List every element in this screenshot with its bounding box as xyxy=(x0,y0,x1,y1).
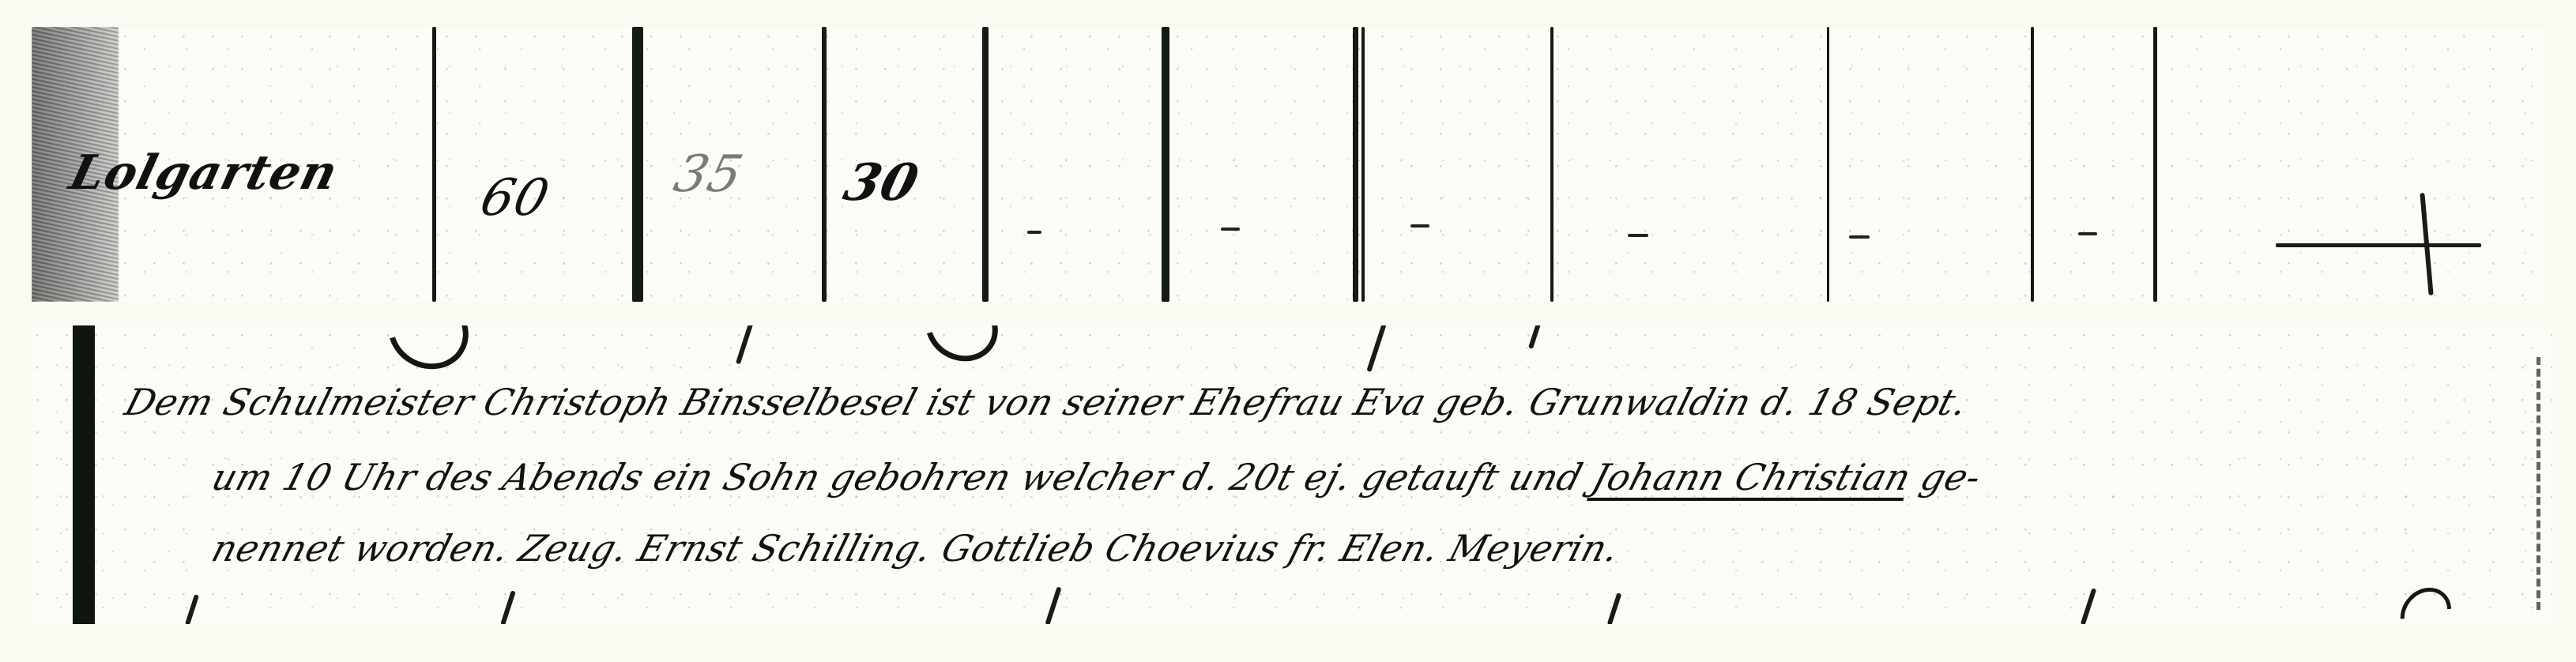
column-rule xyxy=(2031,27,2034,302)
ink-fragment xyxy=(1045,586,1061,624)
column-rule xyxy=(982,27,989,302)
column-rule xyxy=(2153,27,2157,302)
ink-fragment xyxy=(185,594,199,624)
entry-line-2: um 10 Uhr des Abends ein Sohn gebohren w… xyxy=(207,456,1986,498)
empty-column-dash xyxy=(1027,231,1041,234)
column-rule xyxy=(1361,27,1365,302)
ink-fragment xyxy=(374,325,482,384)
empty-column-dash xyxy=(1849,235,1870,239)
ink-fragment xyxy=(736,325,755,364)
empty-column-dash xyxy=(2078,232,2097,235)
entry-line-3: nennet worden. Zeug. Ernst Schilling. Go… xyxy=(207,527,1624,570)
ink-fragment xyxy=(913,325,1010,374)
right-margin-rule xyxy=(2536,357,2540,610)
ink-fragment xyxy=(1528,325,1542,349)
register-ledger-row-strip: Lolgarten 60 35 30 xyxy=(32,27,2544,302)
empty-column-dash xyxy=(1628,234,1648,237)
column-value-1: 60 xyxy=(475,169,555,228)
child-name-underlined: Johann Christian xyxy=(1587,456,1916,498)
paper-speckle-texture xyxy=(32,27,2544,302)
column-value-3: 30 xyxy=(838,153,925,213)
ink-fragment xyxy=(1607,592,1622,624)
column-rule xyxy=(1353,27,1358,302)
empty-column-dash xyxy=(1410,224,1429,228)
column-rule xyxy=(1550,27,1554,302)
column-rule xyxy=(1827,27,1829,302)
ink-fragment xyxy=(2390,577,2462,624)
ink-fragment xyxy=(2081,588,2097,624)
entry-line-2-after: ge- xyxy=(1904,456,1986,498)
column-rule xyxy=(1162,27,1169,302)
cross-mark-horizontal xyxy=(2276,243,2481,247)
empty-column-dash xyxy=(1221,228,1240,231)
entry-line-1: Dem Schulmeister Christoph Binsselbesel … xyxy=(120,381,1972,423)
ink-fragment xyxy=(500,590,516,624)
ink-fragment xyxy=(1366,325,1388,372)
row-label-placename: Lolgarten xyxy=(64,145,343,201)
baptism-entry-strip: Dem Schulmeister Christoph Binsselbesel … xyxy=(32,325,2552,624)
entry-line-2-before: um 10 Uhr des Abends ein Sohn gebohren w… xyxy=(207,456,1599,498)
column-rule xyxy=(632,27,643,302)
column-value-2: 35 xyxy=(668,145,749,204)
margin-rule xyxy=(73,325,95,624)
column-rule xyxy=(822,27,827,302)
column-rule xyxy=(432,27,436,302)
